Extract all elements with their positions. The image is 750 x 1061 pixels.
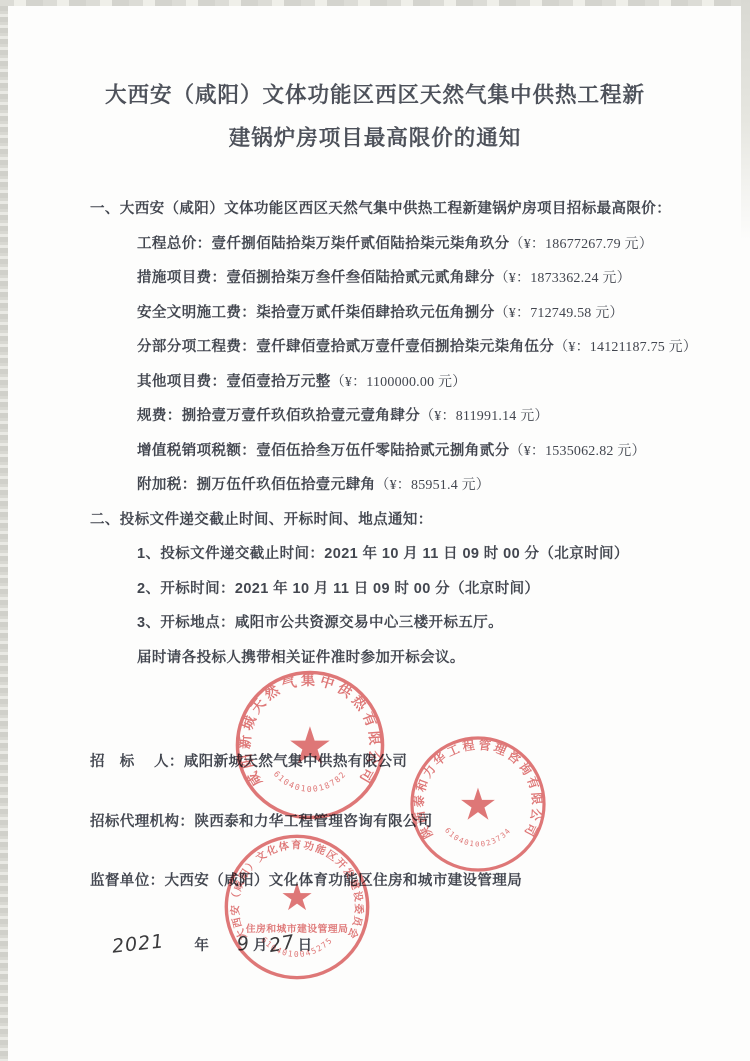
price-item-amount: （¥：811991.14 元） <box>420 409 548 424</box>
title-line-1: 大西安（咸阳）文体功能区西区天然气集中供热工程新 <box>105 83 645 107</box>
price-item-amount: （¥：14121187.75 元） <box>554 340 697 355</box>
bidder-name: 咸阳新城天然气集中供热有限公司 <box>184 754 408 770</box>
bidder-row: 招 标 人：咸阳新城天然气集中供热有限公司 <box>90 752 710 774</box>
title-line-2: 建锅炉房项目最高限价的通知 <box>229 126 522 150</box>
price-item-text: 规费：捌拾壹万壹仟玖佰玖拾壹元壹角肆分 <box>137 408 420 424</box>
price-item-text: 工程总价：壹仟捌佰陆拾柒万柒仟贰佰陆拾柒元柒角玖分 <box>137 236 510 252</box>
price-item-total: 工程总价：壹仟捌佰陆拾柒万柒仟贰佰陆拾柒元柒角玖分（¥：18677267.79 … <box>90 234 710 256</box>
body-section: 一、大西安（咸阳）文体功能区西区天然气集中供热工程新建锅炉房项目招标最高限价： … <box>0 199 750 669</box>
price-item-text: 分部分项工程费：壹仟肆佰壹拾贰万壹仟壹佰捌拾柒元柒角伍分 <box>137 339 554 355</box>
opening-time-line: 2、开标时间：2021 年 10 月 11 日 09 时 00 分（北京时间） <box>90 579 710 601</box>
deadline-line: 1、投标文件递交截止时间：2021 年 10 月 11 日 09 时 00 分（… <box>90 544 710 566</box>
handwritten-year: 2021 <box>111 930 165 957</box>
price-item-text: 措施项目费：壹佰捌拾柒万叁仟叁佰陆拾贰元贰角肆分 <box>137 270 495 286</box>
price-item-other: 其他项目费：壹佰壹拾万元整（¥：1100000.00 元） <box>90 372 710 394</box>
price-item-vat: 增值税销项税额：壹佰伍拾叁万伍仟零陆拾贰元捌角贰分（¥：1535062.82 元… <box>90 441 710 463</box>
bidder-label: 招 标 人： <box>90 754 184 770</box>
price-item-amount: （¥：1100000.00 元） <box>331 375 467 390</box>
handwritten-month: 9 <box>236 932 251 955</box>
supervisor-label: 监督单位： <box>90 873 165 889</box>
day-char: 日 <box>298 934 313 955</box>
document-title: 大西安（咸阳）文体功能区西区天然气集中供热工程新建锅炉房项目最高限价的通知 <box>0 0 750 160</box>
price-item-amount: （¥：85951.4 元） <box>375 478 490 493</box>
price-item-amount: （¥：18677267.79 元） <box>510 237 653 252</box>
price-item-fees: 规费：捌拾壹万壹仟玖佰玖拾壹元壹角肆分（¥：811991.14 元） <box>90 406 710 428</box>
price-item-text: 增值税销项税额：壹佰伍拾叁万伍仟零陆拾贰元捌角贰分 <box>137 443 510 459</box>
price-item-amount: （¥：712749.58 元） <box>495 306 624 321</box>
supervisor-row: 监督单位：大西安（咸阳）文化体育功能区住房和城市建设管理局 <box>90 871 710 893</box>
price-item-amount: （¥：1873362.24 元） <box>495 271 631 286</box>
agency-row: 招标代理机构：陕西泰和力华工程管理咨询有限公司 <box>90 812 710 834</box>
price-item-surtax: 附加税：捌万伍仟玖佰伍拾壹元肆角（¥：85951.4 元） <box>90 475 710 497</box>
price-item-text: 安全文明施工费：柒拾壹万贰仟柒佰肆拾玖元伍角捌分 <box>137 305 495 321</box>
document-page: 大西安（咸阳）文体功能区西区天然气集中供热工程新建锅炉房项目最高限价的通知 一、… <box>0 0 750 1061</box>
supervisor-name: 大西安（咸阳）文化体育功能区住房和城市建设管理局 <box>165 873 523 889</box>
attendance-note-line: 届时请各投标人携带相关证件准时参加开标会议。 <box>90 648 710 670</box>
signature-section: 招 标 人：咸阳新城天然气集中供热有限公司 招标代理机构：陕西泰和力华工程管理咨… <box>0 752 750 955</box>
document-content: 大西安（咸阳）文体功能区西区天然气集中供热工程新建锅炉房项目最高限价的通知 一、… <box>0 0 750 955</box>
price-item-measures: 措施项目费：壹佰捌拾柒万叁仟叁佰陆拾贰元贰角肆分（¥：1873362.24 元） <box>90 268 710 290</box>
handwritten-day: 27 <box>268 930 298 956</box>
section1-heading: 一、大西安（咸阳）文体功能区西区天然气集中供热工程新建锅炉房项目招标最高限价： <box>90 199 710 221</box>
price-item-safety: 安全文明施工费：柒拾壹万贰仟柒佰肆拾玖元伍角捌分（¥：712749.58 元） <box>90 303 710 325</box>
price-item-text: 附加税：捌万伍仟玖佰伍拾壹元肆角 <box>137 477 375 493</box>
section2-heading: 二、投标文件递交截止时间、开标时间、地点通知： <box>90 510 710 532</box>
price-item-amount: （¥：1535062.82 元） <box>510 444 646 459</box>
opening-place-line: 3、开标地点：咸阳市公共资源交易中心三楼开标五厅。 <box>90 613 710 635</box>
price-item-subdivision: 分部分项工程费：壹仟肆佰壹拾贰万壹仟壹佰捌拾柒元柒角伍分（¥：14121187.… <box>90 337 710 359</box>
price-item-text: 其他项目费：壹佰壹拾万元整 <box>137 374 331 390</box>
date-row: 2021 年 9 月 27 日 <box>90 933 710 955</box>
month-char: 月 <box>253 934 268 955</box>
agency-name: 陕西泰和力华工程管理咨询有限公司 <box>194 814 432 830</box>
year-char: 年 <box>194 934 209 955</box>
agency-label: 招标代理机构： <box>90 814 194 830</box>
